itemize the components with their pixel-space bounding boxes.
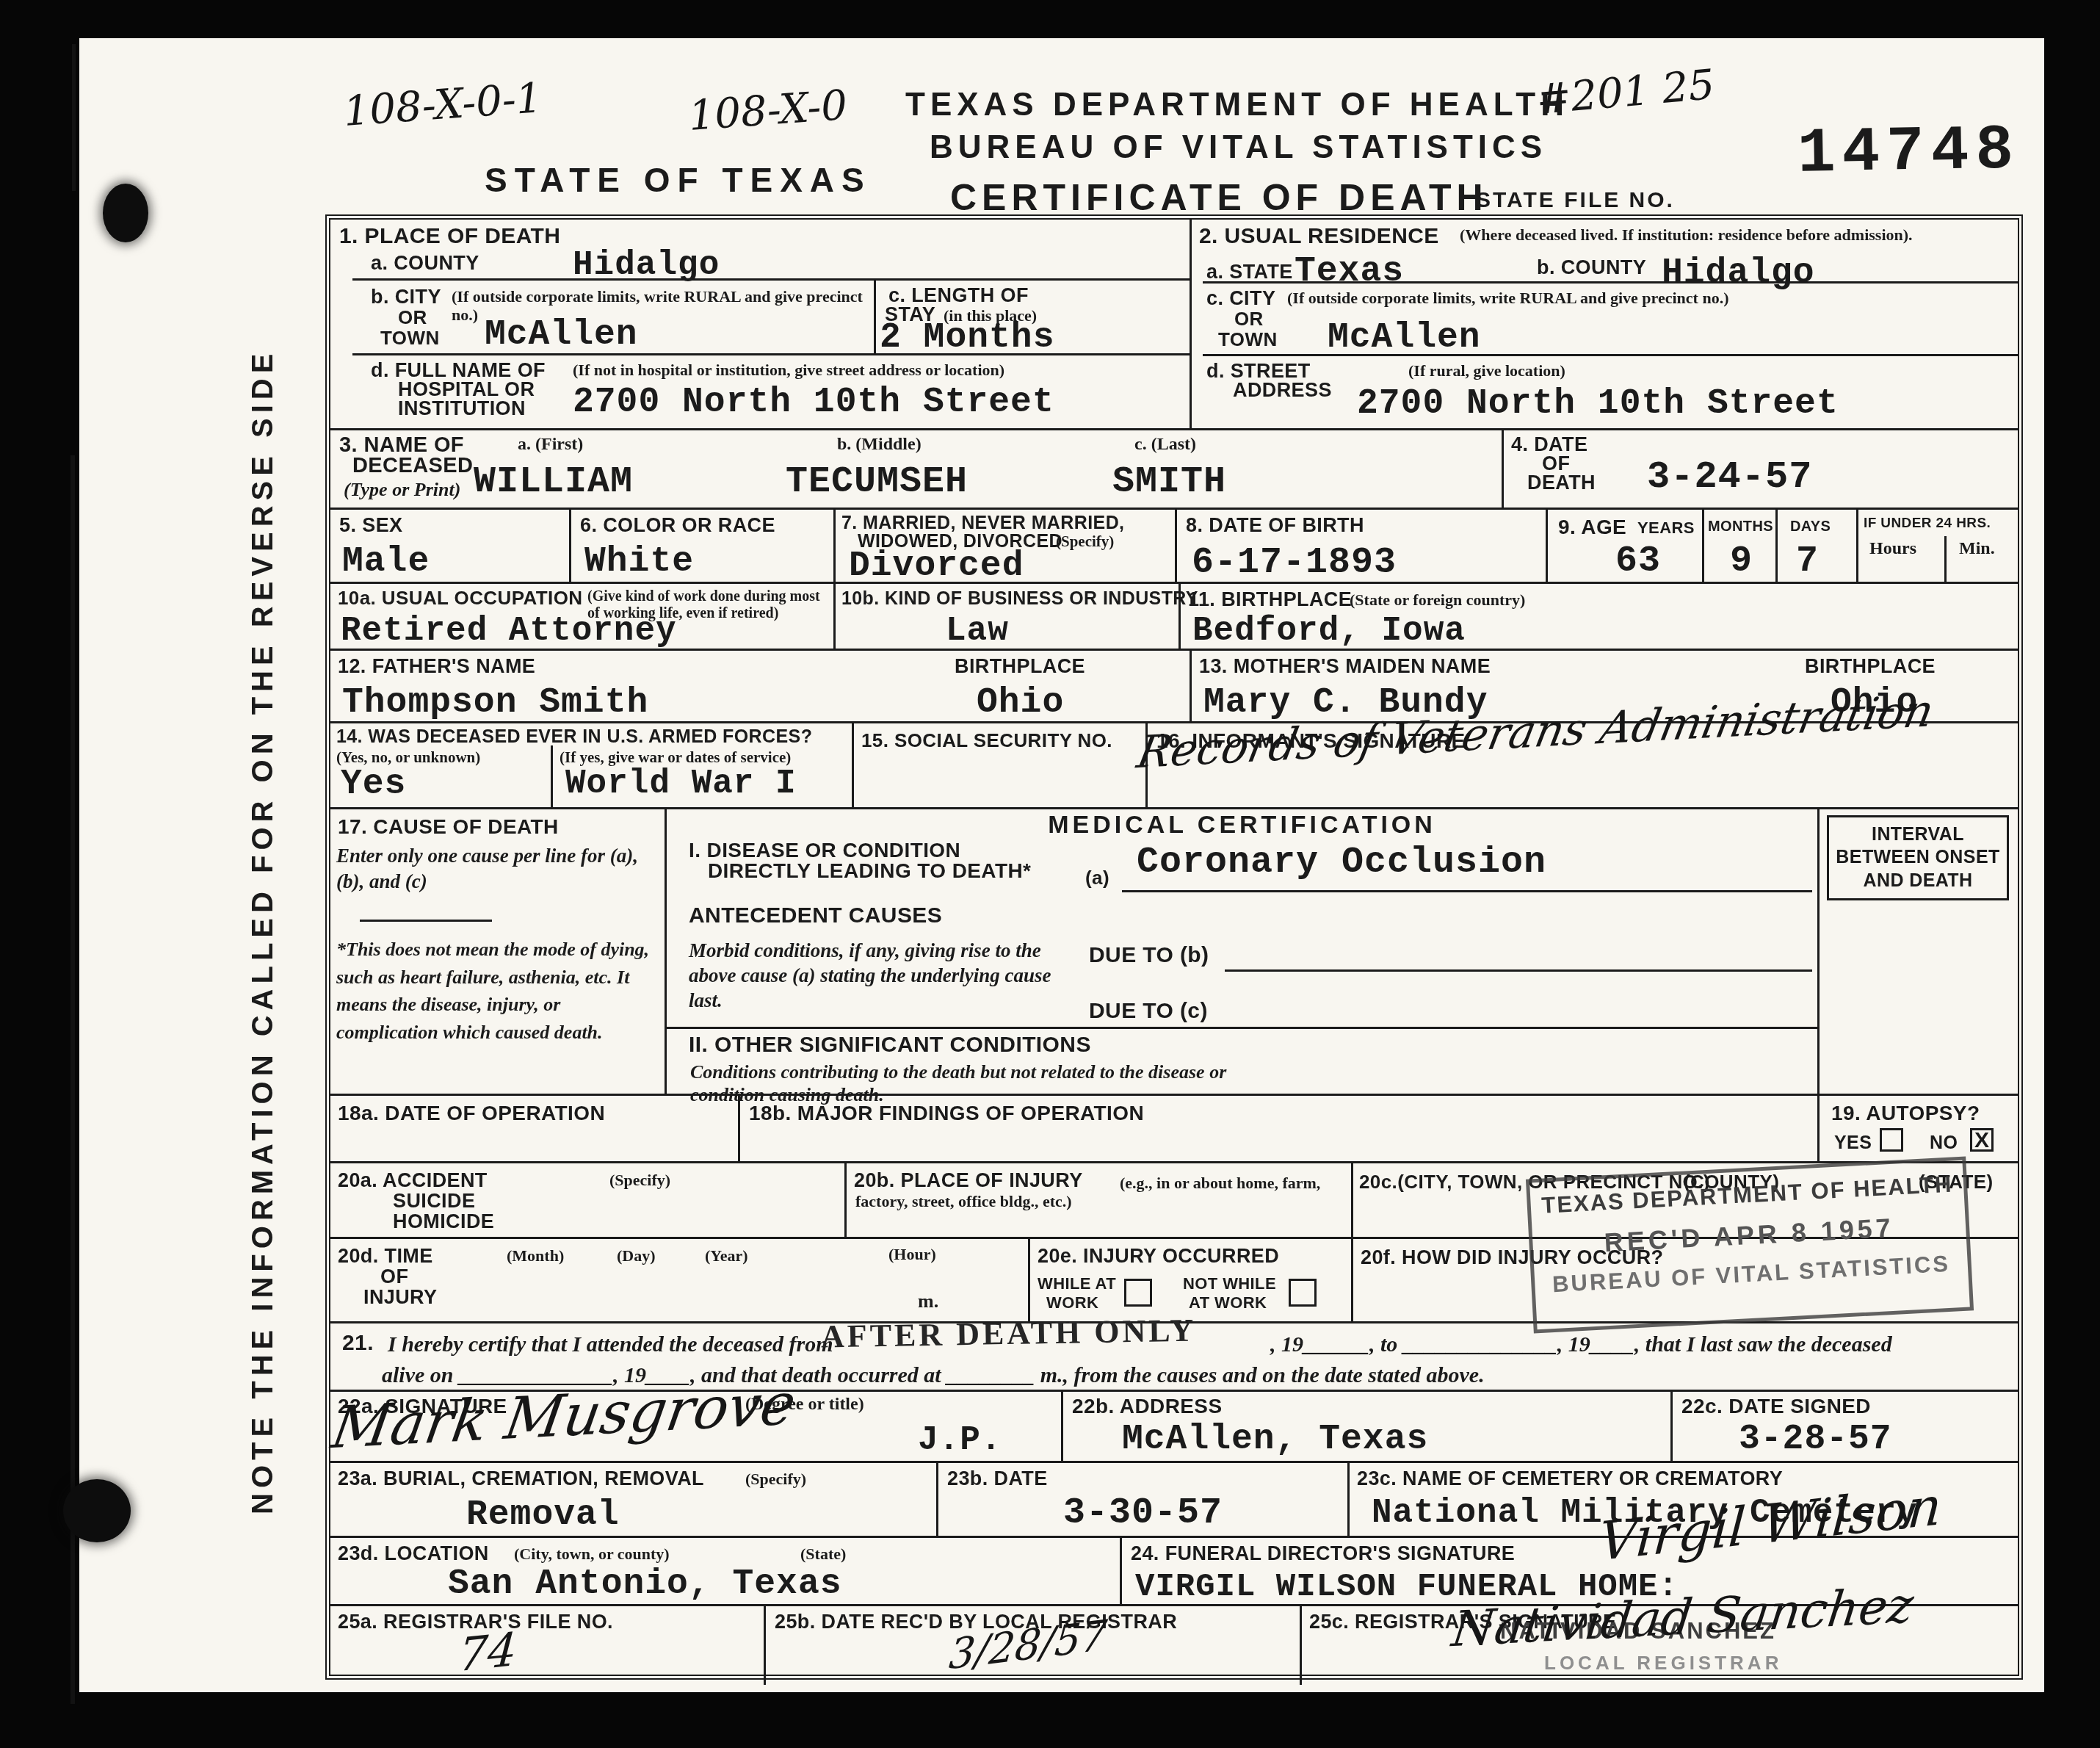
injury-a-label: 20a. ACCIDENT xyxy=(338,1169,488,1192)
section-address22: 22b. ADDRESS McAllen, Texas xyxy=(1061,1392,1670,1461)
place-city-town: TOWN xyxy=(380,327,440,350)
place-inst-label3: INSTITUTION xyxy=(398,397,526,420)
medcert-disease-label2: DIRECTLY LEADING TO DEATH* xyxy=(708,859,1031,883)
name-middle-label: b. (Middle) xyxy=(837,435,922,455)
section-operation-date: 18a. DATE OF OPERATION xyxy=(330,1096,738,1161)
section-father: 12. FATHER'S NAME Thompson Smith BIRTHPL… xyxy=(330,651,1190,721)
divider xyxy=(352,278,1190,281)
section-ssn: 15. SOCIAL SECURITY NO. xyxy=(852,723,1145,807)
place-city-or: OR xyxy=(398,306,427,329)
row-operation-autopsy: 18a. DATE OF OPERATION 18b. MAJOR FINDIN… xyxy=(330,1094,2018,1161)
residence-street-note: (If rural, give location) xyxy=(1408,361,1565,380)
divider xyxy=(1203,354,2018,356)
operation-findings-label: 18b. MAJOR FINDINGS OF OPERATION xyxy=(749,1102,1144,1125)
divider xyxy=(1225,969,1812,972)
medcert-a-label: (a) xyxy=(1085,867,1109,889)
injury-d-year: (Year) xyxy=(705,1246,748,1265)
age-years-label: YEARS xyxy=(1637,519,1695,538)
scan-edge-line-top xyxy=(72,44,76,191)
birthplace-value: Bedford, Iowa xyxy=(1192,612,1466,650)
injury-while-at-work-checkbox[interactable] xyxy=(1124,1279,1152,1307)
occupation-value: Retired Attorney xyxy=(341,612,677,650)
sig22-date-value: 3-28-57 xyxy=(1739,1420,1892,1459)
place-title: 1. PLACE OF DEATH xyxy=(339,224,560,249)
certificate-page: NOTE THE INFORMATION CALLED FOR ON THE R… xyxy=(79,38,2044,1692)
race-value: White xyxy=(584,542,694,582)
header-state-of-texas: STATE OF TEXAS xyxy=(485,160,872,200)
divider xyxy=(551,745,553,807)
mother-label: 13. MOTHER'S MAIDEN NAME xyxy=(1199,655,1491,678)
residence-state-label: a. STATE xyxy=(1206,261,1293,283)
injury-e-while2: WORK xyxy=(1046,1293,1098,1312)
age-min-label: Min. xyxy=(1959,539,1995,560)
occupation-label: 10a. USUAL OCCUPATION xyxy=(338,587,582,610)
certificate-form: 1. PLACE OF DEATH a. COUNTY Hidalgo b. C… xyxy=(325,214,2023,1680)
disposition-a-value: Removal xyxy=(466,1495,620,1535)
place-city-label: b. CITY xyxy=(371,286,441,308)
state-file-no-value: 14748 xyxy=(1797,114,2021,189)
cause-label: 17. CAUSE OF DEATH xyxy=(338,815,559,839)
divider xyxy=(1775,510,1778,582)
after-death-only-stamp: AFTER DEATH ONLY xyxy=(821,1312,1197,1356)
row-occupation: 10a. USUAL OCCUPATION (Give kind of work… xyxy=(330,582,2018,649)
place-stay-value: 2 Months xyxy=(880,318,1054,358)
place-inst-note: (If not in hospital or institution, give… xyxy=(573,361,1131,379)
section-burial-date: 23b. DATE 3-30-57 xyxy=(936,1463,1347,1536)
section-armed-forces: 14. WAS DECEASED EVER IN U.S. ARMED FORC… xyxy=(330,723,852,807)
registrar-file-no: 74 xyxy=(457,1622,518,1682)
section-age: 9. AGE YEARS 63 MONTHS 9 DAYS 7 IF UNDER… xyxy=(1546,510,2018,582)
injury-not-while-at-work-checkbox[interactable] xyxy=(1289,1279,1317,1307)
birthplace-label: 11. BIRTHPLACE xyxy=(1188,588,1352,611)
residence-city-town: TOWN xyxy=(1218,328,1278,351)
divider xyxy=(1944,536,1947,582)
handwritten-code-left: 108-X-0-1 xyxy=(342,74,544,136)
father-value: Thompson Smith xyxy=(342,683,648,723)
name-title-note: (Type or Print) xyxy=(344,479,460,501)
autopsy-yes-label: YES xyxy=(1834,1133,1872,1154)
section-time-of-injury: 20d. TIME OF INJURY (Month) (Day) (Year)… xyxy=(330,1239,1028,1321)
birth-date-label: 8. DATE OF BIRTH xyxy=(1186,514,1364,537)
sig22-address-value: McAllen, Texas xyxy=(1122,1420,1428,1459)
name-last-label: c. (Last) xyxy=(1134,435,1196,455)
sig22-b-label: 22b. ADDRESS xyxy=(1072,1395,1222,1418)
forces-note2: (If yes, give war or dates of service) xyxy=(560,748,791,766)
section-registrar-date: 25b. DATE REC'D BY LOCAL REGISTRAR 3/28/… xyxy=(764,1606,1300,1685)
sex-value: Male xyxy=(342,542,430,582)
place-city-value: McAllen xyxy=(485,315,638,355)
residence-street-value: 2700 North 10th Street xyxy=(1357,384,1839,424)
section-registrar-file: 25a. REGISTRAR'S FILE NO. 74 xyxy=(330,1606,764,1685)
residence-title: 2. USUAL RESIDENCE xyxy=(1199,224,1439,249)
registrar-role-stamp: LOCAL REGISTRAR xyxy=(1544,1652,1782,1675)
disposition-d-note2: (State) xyxy=(800,1545,846,1563)
residence-street-label2: ADDRESS xyxy=(1233,379,1332,402)
medcert-disease-value: Coronary Occlusion xyxy=(1137,842,1546,884)
certify-line1b: , 19______, to ______________, 19____, t… xyxy=(1270,1332,1892,1357)
residence-state-value: Texas xyxy=(1295,252,1404,292)
hole-punch-bottom xyxy=(63,1479,131,1542)
injury-e-not2: AT WORK xyxy=(1189,1293,1267,1312)
residence-title-note: (Where deceased lived. If institution: r… xyxy=(1460,225,2003,244)
medcert-morbid: Morbid conditions, if any, giving rise t… xyxy=(689,939,1078,1013)
age-days-label: DAYS xyxy=(1790,519,1831,535)
residence-city-or: OR xyxy=(1234,308,1264,331)
injury-d-month: (Month) xyxy=(507,1246,564,1265)
cause-note1: Enter only one cause per line for (a), (… xyxy=(336,843,652,895)
handwritten-code-right: 108-X-0 xyxy=(687,82,849,140)
sig22-degree-value: J.P. xyxy=(918,1421,1002,1459)
injury-e-while1: WHILE AT xyxy=(1038,1274,1116,1293)
name-first-label: a. (First) xyxy=(518,435,583,455)
medcert-due-b: DUE TO (b) xyxy=(1089,943,1209,968)
row-place-residence: 1. PLACE OF DEATH a. COUNTY Hidalgo b. C… xyxy=(330,220,2018,428)
injury-e-label: 20e. INJURY OCCURRED xyxy=(1038,1245,1279,1268)
marital-value: Divorced xyxy=(849,546,1024,586)
section-date-signed: 22c. DATE SIGNED 3-28-57 xyxy=(1670,1392,2018,1461)
injury-d-l3: INJURY xyxy=(363,1286,437,1309)
injury-d-label: 20d. TIME xyxy=(338,1245,433,1268)
divider xyxy=(667,1027,1820,1029)
age-years-value: 63 xyxy=(1615,541,1661,582)
residence-county-label: b. COUNTY xyxy=(1537,256,1646,279)
residence-city-value: McAllen xyxy=(1328,318,1481,358)
forces-value2: World War I xyxy=(565,765,797,803)
section-operation-findings: 18b. MAJOR FINDINGS OF OPERATION xyxy=(738,1096,1817,1161)
section-usual-residence: 2. USUAL RESIDENCE (Where deceased lived… xyxy=(1190,220,2018,428)
section-marital: 7. MARRIED, NEVER MARRIED, WIDOWED, DIVO… xyxy=(833,510,1175,582)
divider xyxy=(1203,281,2018,283)
divider xyxy=(1856,510,1858,582)
autopsy-no-label: NO xyxy=(1930,1133,1958,1154)
mother-birthplace-label: BIRTHPLACE xyxy=(1805,655,1936,678)
autopsy-no-checkbox[interactable]: X xyxy=(1970,1128,1994,1152)
disposition-d-value: San Antonio, Texas xyxy=(448,1564,841,1604)
disposition-a-label: 23a. BURIAL, CREMATION, REMOVAL xyxy=(338,1467,704,1490)
header-dept: TEXAS DEPARTMENT OF HEALTH xyxy=(905,87,1569,123)
section-date-of-death: 4. DATE OF DEATH 3-24-57 xyxy=(1502,430,2018,508)
father-birthplace-value: Ohio xyxy=(977,683,1064,723)
state-file-no-label: STATE FILE NO. xyxy=(1476,188,1675,213)
name-middle-value: TECUMSEH xyxy=(786,461,968,503)
age-months-label: MONTHS xyxy=(1708,519,1773,535)
injury-e-not1: NOT WHILE xyxy=(1183,1274,1276,1293)
name-first-value: WILLIAM xyxy=(474,461,633,503)
forces-label: 14. WAS DECEASED EVER IN U.S. ARMED FORC… xyxy=(336,726,812,748)
sex-label: 5. SEX xyxy=(339,514,402,537)
header-title: CERTIFICATE OF DEATH xyxy=(950,176,1488,219)
place-inst-value: 2700 North 10th Street xyxy=(573,383,1054,422)
injury-d-m: m. xyxy=(918,1290,938,1312)
section-location: 23d. LOCATION (City, town, or county) (S… xyxy=(330,1538,1120,1604)
disposition-b-label: 23b. DATE xyxy=(947,1467,1048,1490)
certify-line1a: I hereby certify that I attended the dec… xyxy=(388,1332,833,1357)
divider xyxy=(1702,510,1704,582)
marital-note: (Specify) xyxy=(1056,532,1114,550)
father-birthplace-label: BIRTHPLACE xyxy=(955,655,1085,678)
section-interval: INTERVAL BETWEEN ONSET AND DEATH xyxy=(1817,809,2018,1094)
section-burial: 23a. BURIAL, CREMATION, REMOVAL (Specify… xyxy=(330,1463,936,1536)
row-medical-certification: 17. CAUSE OF DEATH Enter only one cause … xyxy=(330,807,2018,1094)
race-label: 6. COLOR OR RACE xyxy=(580,514,775,537)
injury-a-l3: HOMICIDE xyxy=(393,1210,494,1233)
disposition-b-value: 3-30-57 xyxy=(1063,1492,1223,1534)
interval-label: INTERVAL BETWEEN ONSET AND DEATH xyxy=(1827,815,2009,900)
name-title2: DECEASED xyxy=(352,454,473,478)
medcert-other-label: II. OTHER SIGNIFICANT CONDITIONS xyxy=(689,1033,1091,1058)
autopsy-yes-checkbox[interactable] xyxy=(1880,1128,1903,1152)
age-days-value: 7 xyxy=(1796,541,1819,582)
sig22-c-label: 22c. DATE SIGNED xyxy=(1681,1395,1871,1418)
row-demographics: 5. SEX Male 6. COLOR OR RACE White 7. MA… xyxy=(330,508,2018,582)
disposition-c-label: 23c. NAME OF CEMETERY OR CREMATORY xyxy=(1357,1467,1783,1490)
section-name-of-deceased: 3. NAME OF DECEASED (Type or Print) a. (… xyxy=(330,430,1502,508)
hole-punch-top xyxy=(103,184,148,242)
industry-label: 10b. KIND OF BUSINESS OR INDUSTRY xyxy=(841,588,1198,610)
row-name: 3. NAME OF DECEASED (Type or Print) a. (… xyxy=(330,428,2018,508)
section-autopsy: 19. AUTOPSY? YES NO X xyxy=(1817,1096,2018,1161)
medcert-antecedent: ANTECEDENT CAUSES xyxy=(689,903,942,928)
age-months-value: 9 xyxy=(1730,541,1753,582)
birthplace-note: (State or foreign country) xyxy=(1350,591,1525,609)
disposition-a-note: (Specify) xyxy=(745,1470,806,1488)
section-birthplace: 11. BIRTHPLACE (State or foreign country… xyxy=(1178,584,2018,649)
residence-city-note: (If outside corporate limits, write RURA… xyxy=(1287,289,1845,307)
ssn-label: 15. SOCIAL SECURITY NO. xyxy=(861,729,1112,752)
divider xyxy=(1122,890,1812,892)
divider xyxy=(360,920,492,922)
received-stamp: TEXAS DEPARTMENT OF HEALTH REC'D APR 8 1… xyxy=(1526,1156,1974,1333)
injury-d-l2: OF xyxy=(380,1265,408,1288)
section-place-of-injury: 20b. PLACE OF INJURY (e.g., in or about … xyxy=(844,1163,1351,1237)
section-birth-date: 8. DATE OF BIRTH 6-17-1893 xyxy=(1175,510,1546,582)
place-county-label: a. COUNTY xyxy=(371,252,479,275)
divider xyxy=(874,278,876,353)
funeral-label: 24. FUNERAL DIRECTOR'S SIGNATURE xyxy=(1131,1542,1515,1565)
age-label: 9. AGE xyxy=(1558,516,1626,539)
forces-note1: (Yes, no, or unknown) xyxy=(336,748,480,766)
divider xyxy=(352,353,1190,355)
section-industry: 10b. KIND OF BUSINESS OR INDUSTRY Law xyxy=(833,584,1178,649)
name-last-value: SMITH xyxy=(1112,461,1226,503)
age-under-label: IF UNDER 24 HRS. xyxy=(1864,516,1991,532)
section-race: 6. COLOR OR RACE White xyxy=(569,510,833,582)
section-medcert: MEDICAL CERTIFICATION I. DISEASE OR COND… xyxy=(665,809,1817,1094)
operation-date-label: 18a. DATE OF OPERATION xyxy=(338,1102,605,1125)
section-sex: 5. SEX Male xyxy=(330,510,569,582)
death-date-value: 3-24-57 xyxy=(1647,455,1812,499)
disposition-d-note1: (City, town, or county) xyxy=(514,1545,670,1563)
forces-value1: Yes xyxy=(341,765,406,804)
industry-value: Law xyxy=(946,612,1009,650)
injury-d-hour: (Hour) xyxy=(888,1245,936,1263)
injury-b-note: (e.g., in or about home, farm, factory, … xyxy=(855,1174,1325,1211)
section-injury-occurred: 20e. INJURY OCCURRED WHILE AT WORK NOT W… xyxy=(1028,1239,1351,1321)
reverse-side-note: NOTE THE INFORMATION CALLED FOR ON THE R… xyxy=(247,398,280,1514)
age-hours-label: Hours xyxy=(1869,539,1916,560)
section-cause-of-death: 17. CAUSE OF DEATH Enter only one cause … xyxy=(330,809,665,1094)
autopsy-label: 19. AUTOPSY? xyxy=(1831,1102,1980,1125)
injury-a-note: (Specify) xyxy=(609,1171,670,1189)
header-bureau: BUREAU OF VITAL STATISTICS xyxy=(930,129,1547,166)
section-accident-suicide-homicide: 20a. ACCIDENT SUICIDE HOMICIDE (Specify) xyxy=(330,1163,844,1237)
injury-d-day: (Day) xyxy=(617,1246,656,1265)
cause-note2: *This does not mean the mode of dying, s… xyxy=(336,936,656,1047)
birth-date-value: 6-17-1893 xyxy=(1192,542,1397,584)
medcert-title: MEDICAL CERTIFICATION xyxy=(667,811,1817,839)
residence-city-label: c. CITY xyxy=(1206,287,1275,310)
injury-a-l2: SUICIDE xyxy=(393,1190,475,1213)
certify-num: 21. xyxy=(342,1331,374,1356)
disposition-d-label: 23d. LOCATION xyxy=(338,1542,489,1565)
residence-county-value: Hidalgo xyxy=(1662,253,1815,293)
section-place-of-death: 1. PLACE OF DEATH a. COUNTY Hidalgo b. C… xyxy=(330,220,1190,428)
father-label: 12. FATHER'S NAME xyxy=(338,655,535,678)
death-date-l3: DEATH xyxy=(1527,472,1596,494)
medcert-due-c: DUE TO (c) xyxy=(1089,999,1208,1024)
section-occupation: 10a. USUAL OCCUPATION (Give kind of work… xyxy=(330,584,833,649)
